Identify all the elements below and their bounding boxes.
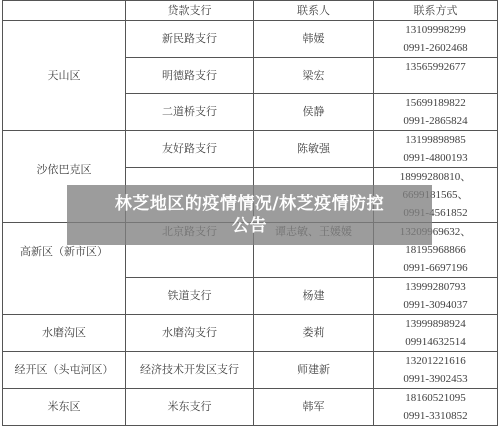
branch-cell: 铁道支行	[126, 278, 254, 315]
branch-cell: 二道桥支行	[126, 94, 254, 131]
phone-cell: 13109998299 0991-2602468	[374, 21, 498, 58]
phone-number: 13199898985	[374, 131, 497, 149]
phone-number: 13109998299	[374, 21, 497, 39]
phone-number: 18160521095	[374, 389, 497, 407]
branch-cell: 新民路支行	[126, 21, 254, 58]
overlay-title: 林芝地区的疫情情况/林芝疫情防控 公告	[67, 185, 432, 245]
phone-number: 0991-6697196	[374, 259, 497, 277]
table-row: 水磨沟区 水磨沟支行 娄莉 13999898924 09914632514	[3, 315, 498, 352]
header-row: 贷款支行 联系人 联系方式	[3, 1, 498, 21]
phone-cell: 18160521095 0991-3310852	[374, 389, 498, 426]
phone-number: 0991-2602468	[374, 39, 497, 57]
table-row: 经开区（头屯河区） 经济技术开发区支行 师建新 13201221616 0991…	[3, 352, 498, 389]
phone-cell: 13565992677	[374, 58, 498, 94]
header-contact: 联系人	[254, 1, 374, 21]
contact-cell: 韩军	[254, 389, 374, 426]
phone-number: 0991-3094037	[374, 296, 497, 314]
district-cell: 水磨沟区	[3, 315, 126, 352]
phone-number: 09914632514	[374, 333, 497, 351]
table-row: 沙依巴克区 友好路支行 陈敏强 13199898985 0991-4800193	[3, 131, 498, 168]
branch-cell: 经济技术开发区支行	[126, 352, 254, 389]
contact-cell: 梁宏	[254, 58, 374, 94]
overlay-title-line-2: 公告	[67, 215, 432, 237]
phone-cell: 13999280793 0991-3094037	[374, 278, 498, 315]
header-branch: 贷款支行	[126, 1, 254, 21]
phone-cell: 13201221616 0991-3902453	[374, 352, 498, 389]
phone-number: 13999898924	[374, 315, 497, 333]
table-row: 米东区 米东支行 韩军 18160521095 0991-3310852	[3, 389, 498, 426]
district-cell: 天山区	[3, 21, 126, 131]
contact-cell: 韩媛	[254, 21, 374, 58]
branch-cell: 水磨沟支行	[126, 315, 254, 352]
header-district	[3, 1, 126, 21]
district-cell: 米东区	[3, 389, 126, 426]
phone-number: 0991-3310852	[374, 407, 497, 425]
table-row: 天山区 新民路支行 韩媛 13109998299 0991-2602468	[3, 21, 498, 58]
phone-number: 13565992677	[374, 58, 497, 76]
phone-cell: 13999898924 09914632514	[374, 315, 498, 352]
district-cell: 经开区（头屯河区）	[3, 352, 126, 389]
phone-number: 18999280810、	[374, 168, 497, 186]
branch-cell: 友好路支行	[126, 131, 254, 168]
contact-cell: 杨建	[254, 278, 374, 315]
phone-number: 0991-4800193	[374, 149, 497, 167]
phone-number: 0991-2865824	[374, 112, 497, 130]
phone-cell: 15699189822 0991-2865824	[374, 94, 498, 131]
phone-cell: 13199898985 0991-4800193	[374, 131, 498, 168]
contact-cell: 娄莉	[254, 315, 374, 352]
header-phone: 联系方式	[374, 1, 498, 21]
phone-number: 13999280793	[374, 278, 497, 296]
overlay-title-line-1: 林芝地区的疫情情况/林芝疫情防控	[67, 193, 432, 215]
branch-cell: 米东支行	[126, 389, 254, 426]
contact-cell: 陈敏强	[254, 131, 374, 168]
contact-cell: 师建新	[254, 352, 374, 389]
branch-cell: 明德路支行	[126, 58, 254, 94]
phone-number: 0991-3902453	[374, 370, 497, 388]
phone-number: 13201221616	[374, 352, 497, 370]
contact-cell: 侯静	[254, 94, 374, 131]
phone-number: 15699189822	[374, 94, 497, 112]
